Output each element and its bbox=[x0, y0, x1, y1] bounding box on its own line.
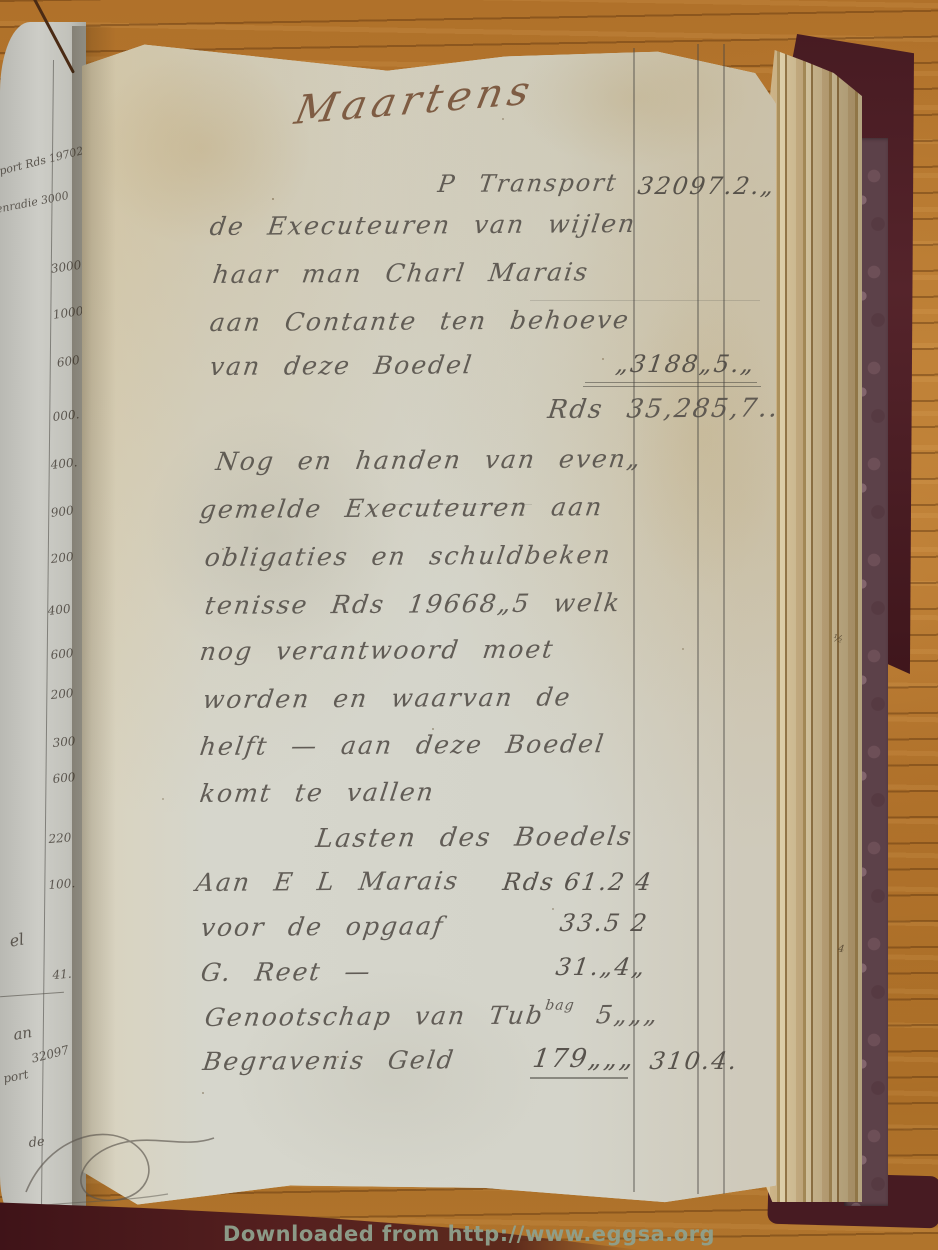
gutter-shadow bbox=[72, 26, 116, 1216]
handwritten-line: Aan E L Marais bbox=[194, 866, 461, 897]
subtotal-underline bbox=[585, 382, 757, 383]
line-post: 5„„„ bbox=[571, 1000, 661, 1030]
section-heading: Lasten des Boedels bbox=[314, 822, 635, 854]
left-page-fragment: 400 bbox=[47, 602, 71, 618]
handwritten-line: van deze Boedel bbox=[208, 350, 475, 381]
handwritten-line: worden en waarvan de bbox=[201, 682, 573, 714]
handwritten-line: Begravenis Geld bbox=[201, 1045, 457, 1076]
amount: Rds 61.2 4 bbox=[501, 868, 655, 896]
left-page-fragment: 41. bbox=[52, 967, 72, 982]
amount: 33.5 2 bbox=[558, 909, 650, 937]
subtotal-line: Rds 35,285,7.. bbox=[546, 393, 781, 425]
left-page-fragment: an bbox=[12, 1023, 33, 1044]
superscript-insert: bag bbox=[544, 997, 575, 1013]
watermark-text: Downloaded from http://www.eggsa.org bbox=[0, 1222, 938, 1246]
amount: „3188„5.„ bbox=[614, 350, 757, 378]
amount-column-rule bbox=[723, 44, 725, 1194]
amount-column-rule bbox=[697, 44, 699, 1194]
amount: 32097.2.„ bbox=[636, 172, 777, 200]
handwritten-line: tenisse Rds 19668„5 welk bbox=[203, 588, 623, 620]
subtotal-underline bbox=[583, 386, 761, 387]
handwritten-line: aan Contante ten behoeve bbox=[208, 305, 632, 337]
manuscript-page bbox=[82, 28, 776, 1214]
handwritten-line: P Transport bbox=[436, 169, 619, 198]
handwritten-line: nog verantwoord moet bbox=[198, 635, 556, 666]
left-page-fragment: el bbox=[8, 929, 26, 950]
pen-flourish bbox=[18, 1108, 228, 1218]
handwritten-line: gemelde Executeuren aan bbox=[198, 492, 605, 524]
amount: 310.4. bbox=[648, 1047, 740, 1075]
handwritten-line: haar man Charl Marais bbox=[211, 257, 591, 289]
paper-stain bbox=[622, 278, 782, 598]
handwritten-line: obligaties en schuldbeken bbox=[203, 540, 614, 572]
amount: 31.„4„ bbox=[554, 953, 648, 981]
faint-rule bbox=[530, 300, 760, 301]
left-page-fragment: 220 bbox=[48, 830, 72, 846]
line-pre: Genootschap van Tub bbox=[203, 1001, 546, 1032]
left-page-fragment: 200 bbox=[50, 686, 74, 702]
handwritten-line: voor de opgaaf bbox=[199, 911, 446, 942]
amount-underline bbox=[530, 1077, 628, 1079]
handwritten-line: komt te vallen bbox=[198, 777, 437, 808]
handwritten-line: Nog en handen van even„ bbox=[214, 444, 644, 476]
left-page-fragment: 900 bbox=[50, 503, 74, 520]
amount: 179„„„ bbox=[531, 1044, 637, 1074]
photographed-manuscript-scene: ½ 4 asport Rds 19702 Coenradie 3000 3000… bbox=[0, 0, 938, 1250]
left-page-fragment: 600 bbox=[50, 646, 74, 662]
left-page-fragment: 200 bbox=[50, 550, 74, 566]
handwritten-line: G. Reet — bbox=[199, 957, 373, 987]
handwritten-line: Genootschap van Tubbag 5„„„ bbox=[203, 1000, 661, 1032]
handwritten-line: helft — aan deze Boedel bbox=[198, 729, 607, 761]
handwritten-line: de Executeuren van wijlen bbox=[208, 209, 638, 241]
